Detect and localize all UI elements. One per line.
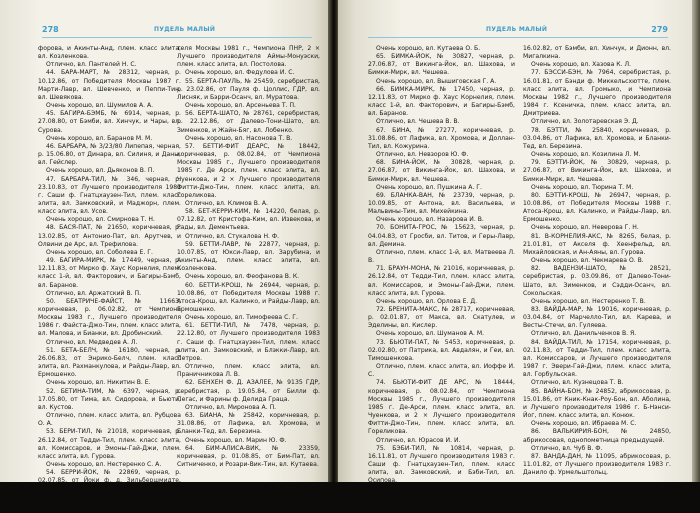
dog-entry: 83. ВАЙДА-МАР, № 19016, коричневая, р. 0… xyxy=(523,306,671,330)
grade-owner-line: Очень хорошо, вл. Кутаева О. Б. xyxy=(368,45,515,53)
grade-owner-line: Отлично, плем. класс 1-й, вл. Матвеева Л… xyxy=(368,249,515,265)
grade-owner-line: Отлично, вл. Медведев А. Л. xyxy=(38,339,181,347)
dog-entry: 69. БЛАНКА-ВАН, № 23739, черная, р. 10.0… xyxy=(368,192,515,216)
dog-entry: 64. БИМ-АЛИСА-ВИК, № 23359, коричневая, … xyxy=(177,445,320,469)
grade-owner-line: Очень хорошо, вл. Чекмарева О. В. xyxy=(523,257,671,265)
grade-owner-line: Отлично, вл. Невзоров Ю. Ф. xyxy=(368,151,515,159)
grade-owner-line: Очень хорошо, вл. Марин Ю. Ф. xyxy=(177,437,320,445)
book-spread: 278 ПУДЕЛЬ МАЛЫЙ форова, и Акинты-Анд, п… xyxy=(0,0,700,482)
dog-entry: 50. БЕАТРИЧЕ-ФАЙСТ, № 11663, коричневая,… xyxy=(38,298,181,339)
running-title-right: ПУДЕЛЬ МАЛЫЙ xyxy=(486,26,547,33)
right-page-header: ПУДЕЛЬ МАЛЫЙ 279 xyxy=(368,25,668,38)
right-page: ПУДЕЛЬ МАЛЫЙ 279 Очень хорошо, вл. Кутае… xyxy=(338,0,694,482)
grade-owner-line: Отлично, вл. Юрасов И. И. xyxy=(368,437,515,445)
dog-entry: 71. БРАУН-МОНА, № 21016, коричневая, р. … xyxy=(368,265,515,298)
grade-owner-line: Отлично, вл. Чешева В. В. xyxy=(368,118,515,126)
grade-owner-line: Отлично, вл. Миронова А. П. xyxy=(177,404,320,412)
grade-owner-line: Очень хорошо, вл. Феофанова В. К. xyxy=(177,273,320,281)
dog-entry: 46. БАРБАРА, № 3/23/80 Липепая, черная, … xyxy=(38,143,181,167)
continued-text: 16.02.82, от Бэмби, вл. Хинчук, и Дионн,… xyxy=(523,45,671,61)
right-column-1: Очень хорошо, вл. Кутаева О. Б.65. БИМКА… xyxy=(368,45,515,482)
dog-entry: 52. БЕТИНА-ТИМ, № 6397, черная, р. 17.05… xyxy=(38,388,181,412)
grade-owner-line: Очень хорошо, вл. Шуманов А. М. xyxy=(368,330,515,338)
grade-owner-line: Очень хорошо, вл. Тимофеева С. Г. xyxy=(177,314,320,322)
dog-entry: 51. БЕТА-БЕЛЧ, № 16180, черная, р. 26.06… xyxy=(38,347,181,380)
page-number-left: 278 xyxy=(42,25,59,34)
dog-entry: 72. БРЕНИТА-МАКС, № 28717, коричневая, р… xyxy=(368,306,515,330)
dog-entry: 55. БЕРТА-ПАУЛЬ, № 25459, серебристая, р… xyxy=(177,78,320,102)
grade-owner-line: Отлично, вл. Климов В. А. xyxy=(177,200,320,208)
dog-entry: 47. БАРБАРА-ТИЛ, № 346, черная, р. 23.10… xyxy=(38,176,181,217)
grade-owner-line: Очень хорошо, вл. Дьяконов В. П. xyxy=(38,167,181,175)
grade-owner-line: Очень хорошо, вл. Никитин В. Е. xyxy=(38,379,181,387)
grade-owner-line: Отлично, плем. класс элита, вл. Рубцова … xyxy=(38,412,181,428)
dog-entry: 65. БИМКА-ЙОК, № 30827, черная, р. 27.06… xyxy=(368,53,515,77)
dog-entry: 73. БЬЮТИ-ПАТ, № 5453, коричневая, р. 02… xyxy=(368,339,515,363)
page-number-right: 279 xyxy=(651,25,668,34)
dog-entry: 57. БЕТТИ-ФИТ ДЕАРС, № 18442, коричневая… xyxy=(177,143,320,200)
background-shadow xyxy=(0,482,700,513)
dog-entry: 66. БИМКА-МИРК, № 17450, черная, р. 12.1… xyxy=(368,86,515,119)
dog-entry: 60. БЕТТИ-КРОШ, № 26944, черная, р. 10.0… xyxy=(177,282,320,315)
dog-entry: 74. БЬЮТИ-ФИТ ДЕ АРС, № 18444, коричнева… xyxy=(368,379,515,436)
dog-entry: 86. ВАЛЬКИРИЯ-БОН, № 24850, абрикосовая,… xyxy=(523,428,671,444)
dog-entry: 85. ВАЙНА-БОН, № 24852, абрикосовая, р. … xyxy=(523,388,671,421)
grade-owner-line: Очень хорошо, вл. Нестеренко Т. В. xyxy=(523,298,671,306)
left-column-1: форова, и Акинты-Анд, плем. класс элита,… xyxy=(38,45,181,482)
grade-owner-line: Очень хорошо, вл. Нестеренко С. А. xyxy=(38,461,181,469)
dog-entry: 79. БЭТТИ-ЙОК, № 30829, черная, р. 27.06… xyxy=(523,159,671,183)
grade-owner-line: Очень хорошо, вл. Насонова Т. В. xyxy=(177,135,320,143)
grade-owner-line: Очень хорошо, вл. Тюрина Т. М. xyxy=(523,184,671,192)
left-column-2: теля Москвы 1981 г., Чемпиона ПНР, 2 × Л… xyxy=(177,45,320,469)
dog-entry: 44. БАРА-МАРТ, № 28312, черная, р. 10.12… xyxy=(38,69,181,102)
dog-entry: 67. БИНА, № 27277, коричневая, р. 31.08.… xyxy=(368,127,515,151)
dog-entry: 82. ВАДЕНЗИ-ШАТО, № 28521, серебристая, … xyxy=(523,265,671,298)
grade-owner-line: Отлично, вл. Чуб В. Ф. xyxy=(523,445,671,453)
dog-entry: 48. БАСЯ-ПАТ, № 21650, коричневая, р. 13… xyxy=(38,224,181,248)
dog-entry: 58. БЕТ-КЕРРИ-КИМ, № 14220, белая, р. 07… xyxy=(177,208,320,232)
dog-entry: 68. БИНА-ЙОК, № 30828, черная, р. 27.06.… xyxy=(368,159,515,183)
grade-owner-line: Очень хорошо, вл. Баранов М. М. xyxy=(38,135,181,143)
grade-owner-line: Очень хорошо, вл. Неверова Г. Н. xyxy=(523,224,671,232)
page-edge-shadow xyxy=(692,0,700,482)
grade-owner-line: Отлично, вл. Кузнецова Т. В. xyxy=(523,379,671,387)
left-page-header: 278 ПУДЕЛЬ МАЛЫЙ xyxy=(42,25,312,38)
dog-entry: 70. БОНИТА-ГРОС, № 15623, черная, р. 04.… xyxy=(368,224,515,248)
dog-entry: 53. БЕРИ-ТИЛ, № 21018, коричневая, р. 26… xyxy=(38,428,181,461)
dog-entry: 63. БИАНА, № 25842, коричневая, р. 31.08… xyxy=(177,412,320,436)
grade-owner-line: Отлично, плем. класс элита, вл. Иоффе И.… xyxy=(368,363,515,379)
grade-owner-line: Отлично, вл. Стукалова Н. Ф. xyxy=(177,233,320,241)
running-title-left: ПУДЕЛЬ МАЛЫЙ xyxy=(154,26,215,33)
dog-entry: 45. БАГИРА-БЭМБ, № 6914, черная, р. 27.0… xyxy=(38,110,181,134)
dog-entry: 61. БЕТТИ-ТИЛ, № 7478, черная, р. 22.12.… xyxy=(177,322,320,363)
grade-owner-line: Очень хорошо, вл. Федулова И. С. xyxy=(177,69,320,77)
grade-owner-line: Очень хорошо, вл. Шумилов А. А. xyxy=(38,102,181,110)
dog-entry: 78. БЭТТИ, № 25840, коричневая, р. 03.04… xyxy=(523,127,671,151)
dog-entry: 62. БЕНХЕН Ф. Д. АЗАЛЕЕ, № 9135 ГДР, сер… xyxy=(177,379,320,403)
grade-owner-line: Очень хорошо, вл. Соболева Е. Г. xyxy=(38,249,181,257)
grade-owner-line: Очень хорошо, вл. Орлова Е. Д. xyxy=(368,298,515,306)
dog-entry: 59. БЕТТИ-ЛАВР, № 22877, черная, р. 10.0… xyxy=(177,241,320,274)
grade-owner-line: Отлично, вл. Аржатский В. П. xyxy=(38,290,181,298)
grade-owner-line: Очень хорошо, вл. Пушкина А. Г. xyxy=(368,184,515,192)
dog-entry: 56. БЕРТА-ШАТО, № 28761, серебристая, р.… xyxy=(177,110,320,134)
grade-owner-line: Очень хорошо, вл. Ибраева М. С. xyxy=(523,420,671,428)
dog-entry: 84. ВАЙДА-ТИЛ, № 17154, коричневая, р. 0… xyxy=(523,339,671,380)
right-column-2: 16.02.82, от Бэмби, вл. Хинчук, и Дионн,… xyxy=(523,45,671,477)
grade-owner-line: Очень хорошо, вл. Козилина Л. М. xyxy=(523,151,671,159)
dog-entry: 87. ВАНДА-ДАН, № 11095, абрикосовая, р. … xyxy=(523,453,671,477)
dog-entry: 77. БЭССИ-БЭН, № 7964, серебристая, р. 1… xyxy=(523,69,671,118)
grade-owner-line: Отлично, плем. класс элита, вл. Пранични… xyxy=(177,363,320,379)
grade-owner-line: Очень хорошо, вл. Смирнова Т. Н. xyxy=(38,216,181,224)
dog-entry: 81. В-КОРНЕЛИЯ-АКС, № 8265, белая, р. 21… xyxy=(523,233,671,257)
grade-owner-line: Отлично, вл. Пантелей Н. С. xyxy=(38,61,181,69)
dog-entry: 80. БЭТТИ-КРОШ, № 26947, черная, р. 10.0… xyxy=(523,192,671,225)
continued-text: теля Москвы 1981 г., Чемпиона ПНР, 2 × Л… xyxy=(177,45,320,69)
continued-text: форова, и Акинты-Анд, плем. класс элита,… xyxy=(38,45,181,61)
dog-entry: 54. БЕРРИ-ЙОК, № 22869, черная, р. 02.07… xyxy=(38,469,181,482)
grade-owner-line: Очень хорошо, вл. Назарова И. В. xyxy=(368,216,515,224)
grade-owner-line: Отлично, вл. Золотаревская Э. Д. xyxy=(523,118,671,126)
grade-owner-line: Отлично, вл. Данильченков В. Я. xyxy=(523,330,671,338)
dog-entry: 75. БЭБИ-ТИЛ, № 10814, черная, р. 16.11.… xyxy=(368,445,515,482)
dog-entry: 49. БАГИРА-МИРК, № 17449, черная, р. 12.… xyxy=(38,257,181,290)
grade-owner-line: Очень хорошо, вл. Вышиговская Г. А. xyxy=(368,78,515,86)
left-page: 278 ПУДЕЛЬ МАЛЫЙ форова, и Акинты-Анд, п… xyxy=(0,0,332,482)
